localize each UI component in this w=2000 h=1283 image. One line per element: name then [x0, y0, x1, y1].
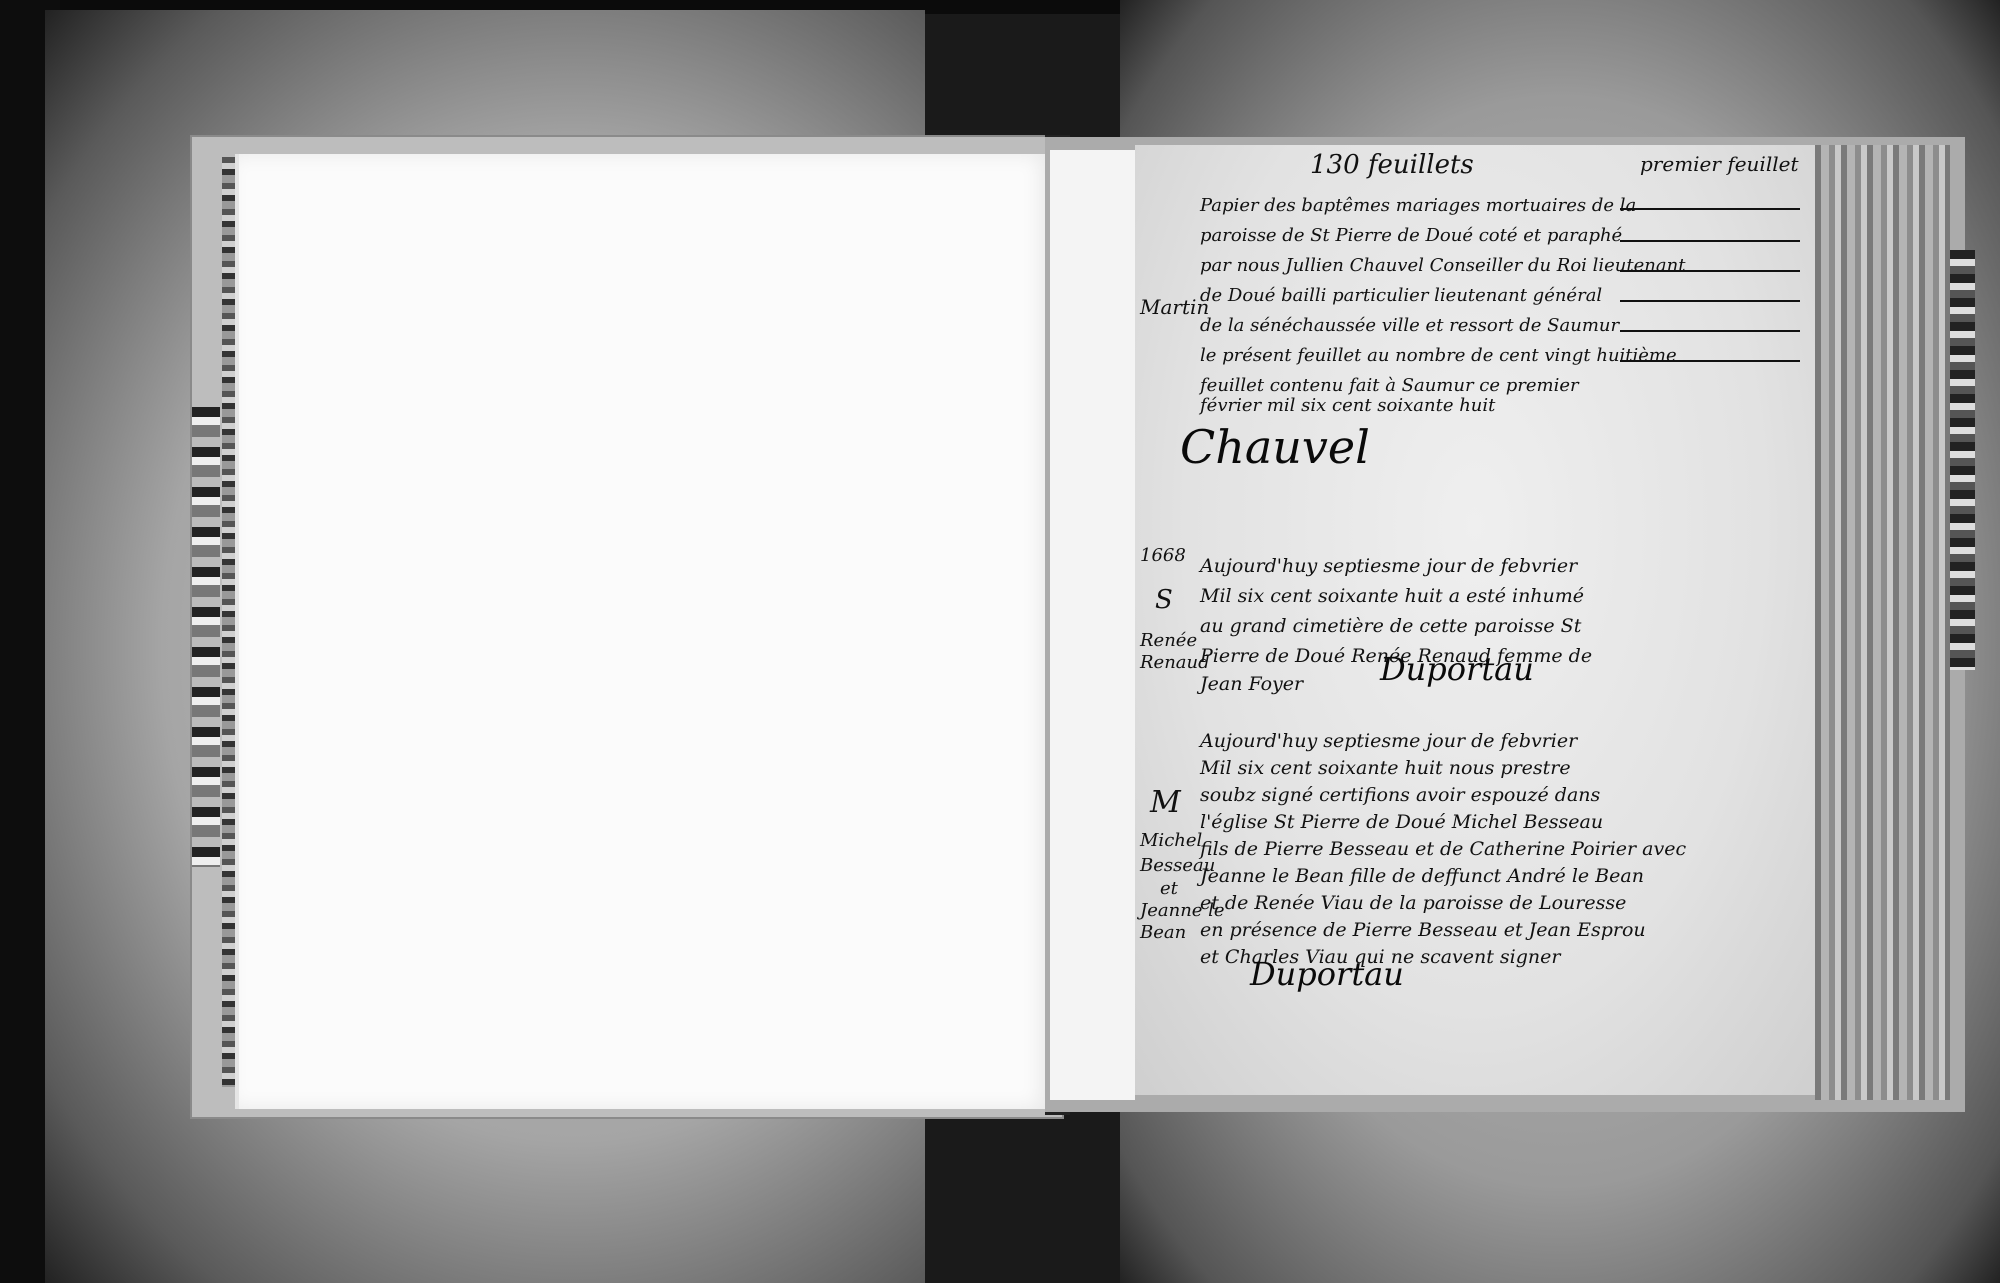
line-filler — [1620, 270, 1800, 272]
title-line: de la sénéchaussée ville et ressort de S… — [1200, 315, 1619, 336]
line-filler — [1620, 240, 1800, 242]
entry-line: Mil six cent soixante huit a esté inhumé — [1200, 585, 1584, 607]
folio-header: 130 feuillets — [1310, 150, 1474, 180]
signature: Duportau — [1250, 955, 1404, 993]
header-right-note: premier feuillet — [1640, 152, 1799, 176]
entry-line: au grand cimetière de cette paroisse St — [1200, 615, 1581, 637]
line-filler — [1620, 330, 1800, 332]
title-line: de Doué bailli particulier lieutenant gé… — [1200, 285, 1602, 306]
margin-mark: M — [1150, 785, 1181, 820]
margin-name: Martin — [1140, 295, 1209, 319]
left-page-blank — [235, 154, 1051, 1109]
margin-year: 1668 — [1140, 545, 1186, 566]
entry-line: Aujourd'huy septiesme jour de febvrier — [1200, 555, 1577, 577]
entry-line: Mil six cent soixante huit nous prestre — [1200, 757, 1571, 779]
title-line: paroisse de St Pierre de Doué coté et pa… — [1200, 225, 1622, 246]
entry-line: Jean Foyer — [1200, 673, 1303, 695]
title-line: feuillet contenu fait à Saumur ce premie… — [1200, 375, 1579, 396]
margin-mark: S — [1155, 585, 1173, 615]
entry-line: soubz signé certifions avoir espouzé dan… — [1200, 784, 1600, 806]
title-line: le présent feuillet au nombre de cent vi… — [1200, 345, 1677, 366]
title-line: février mil six cent soixante huit — [1200, 395, 1495, 416]
title-line: par nous Jullien Chauvel Conseiller du R… — [1200, 255, 1685, 276]
page-edges-stack — [1815, 145, 1950, 1100]
line-filler — [1620, 360, 1800, 362]
entry-line: fils de Pierre Besseau et de Catherine P… — [1200, 838, 1686, 860]
title-line: Papier des baptêmes mariages mortuaires … — [1200, 195, 1636, 216]
margin-name: Michel — [1140, 830, 1202, 851]
line-filler — [1620, 300, 1800, 302]
marbled-edge-right — [1950, 250, 1975, 670]
signature: Duportau — [1380, 650, 1534, 688]
margin-name: Renée — [1140, 630, 1197, 651]
entry-line: en présence de Pierre Besseau et Jean Es… — [1200, 919, 1646, 941]
entry-line: Jeanne le Bean fille de deffunct André l… — [1200, 865, 1644, 887]
margin-name: Bean — [1140, 922, 1186, 943]
entry-line: et de Renée Viau de la paroisse de Loure… — [1200, 892, 1626, 914]
line-filler — [1620, 208, 1800, 210]
marbled-endpaper-left — [192, 407, 220, 867]
left-cover — [190, 135, 1064, 1119]
right-page-stub — [1050, 150, 1135, 1100]
entry-line: Aujourd'huy septiesme jour de febvrier — [1200, 730, 1577, 752]
margin-name: et — [1160, 878, 1178, 899]
signature: Chauvel — [1180, 420, 1370, 474]
entry-line: l'église St Pierre de Doué Michel Bessea… — [1200, 811, 1603, 833]
